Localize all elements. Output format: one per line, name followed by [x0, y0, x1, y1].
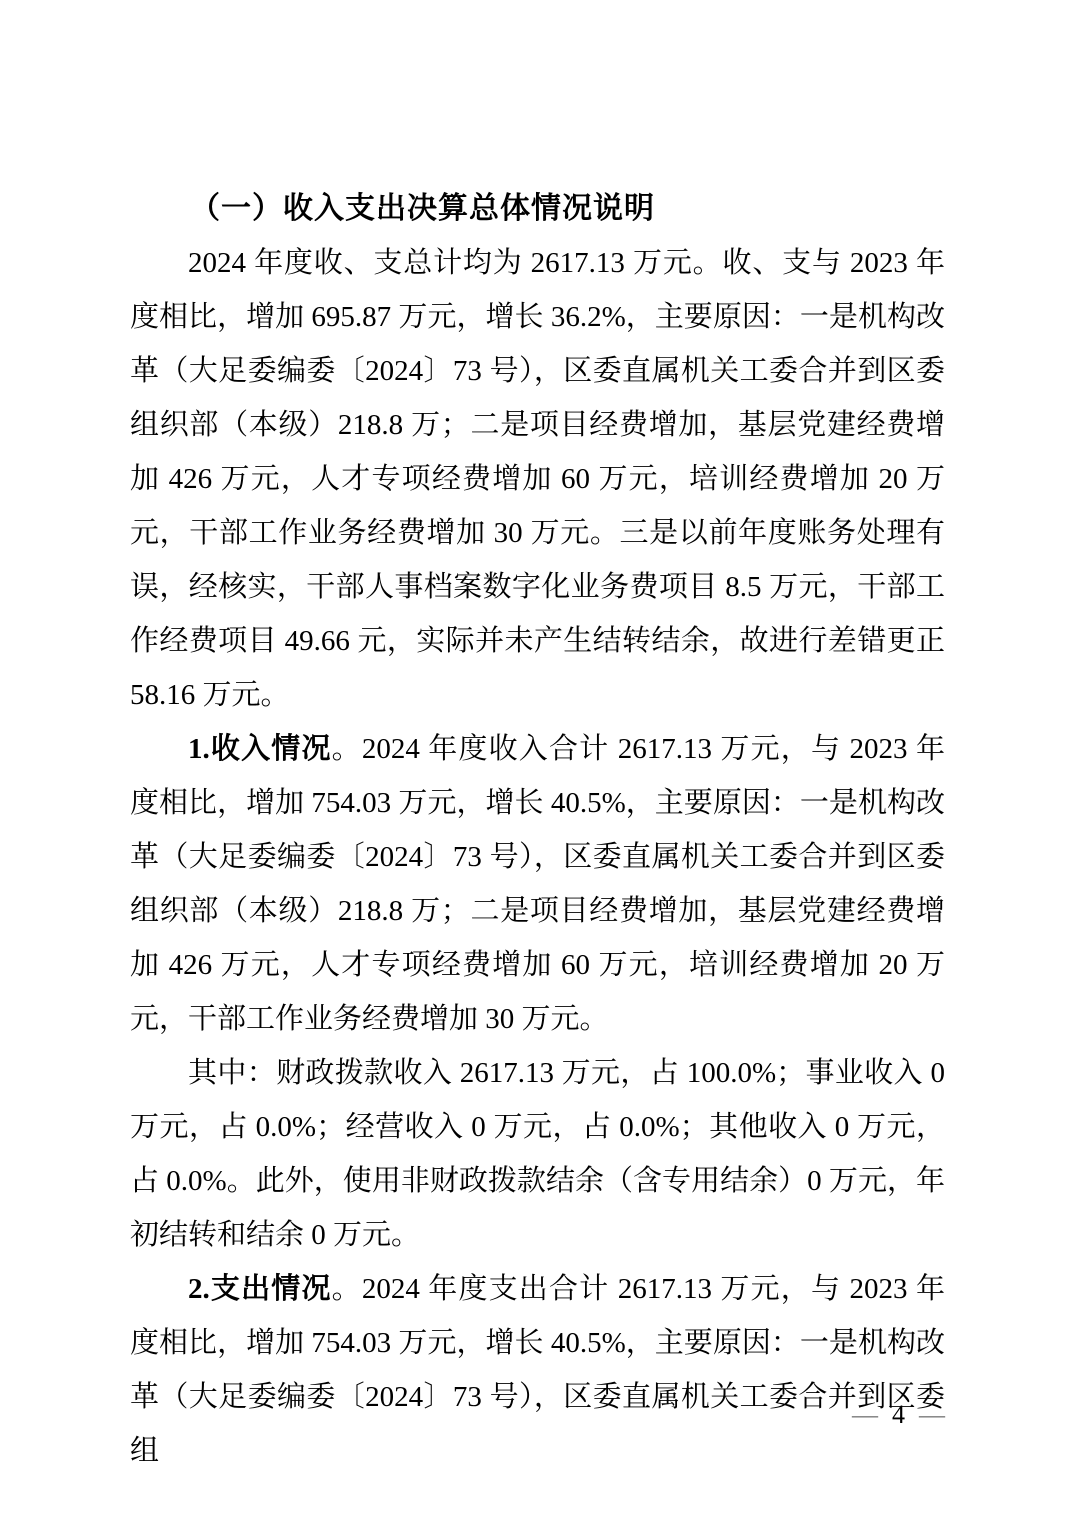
page-number-value: 4: [878, 1400, 919, 1429]
paragraph-lead: 1.收入情况: [188, 733, 332, 765]
paragraph-income-breakdown: 其中：财政拨款收入 2617.13 万元，占 100.0%；事业收入 0 万元，…: [130, 1046, 945, 1262]
document-body: （一）收入支出决算总体情况说明 2024 年度收、支总计均为 2617.13 万…: [130, 182, 945, 1478]
paragraph-text: 2024 年度收、支总计均为 2617.13 万元。收、支与 2023 年度相比…: [130, 247, 945, 711]
paragraph-overview: 2024 年度收、支总计均为 2617.13 万元。收、支与 2023 年度相比…: [130, 236, 945, 722]
paragraph-lead: 2.支出情况: [188, 1273, 332, 1305]
paragraph-text: 其中：财政拨款收入 2617.13 万元，占 100.0%；事业收入 0 万元，…: [130, 1057, 945, 1251]
document-page: （一）收入支出决算总体情况说明 2024 年度收、支总计均为 2617.13 万…: [0, 0, 1074, 1520]
paragraph-income: 1.收入情况。2024 年度收入合计 2617.13 万元，与 2023 年度相…: [130, 722, 945, 1046]
page-number: —4—: [852, 1400, 945, 1430]
section-heading: （一）收入支出决算总体情况说明: [130, 182, 945, 236]
paragraph-expenditure: 2.支出情况。2024 年度支出合计 2617.13 万元，与 2023 年度相…: [130, 1262, 945, 1478]
page-number-dash-left: —: [852, 1400, 878, 1429]
page-number-dash-right: —: [919, 1400, 945, 1429]
paragraph-text: 。2024 年度收入合计 2617.13 万元，与 2023 年度相比，增加 7…: [130, 733, 945, 1035]
